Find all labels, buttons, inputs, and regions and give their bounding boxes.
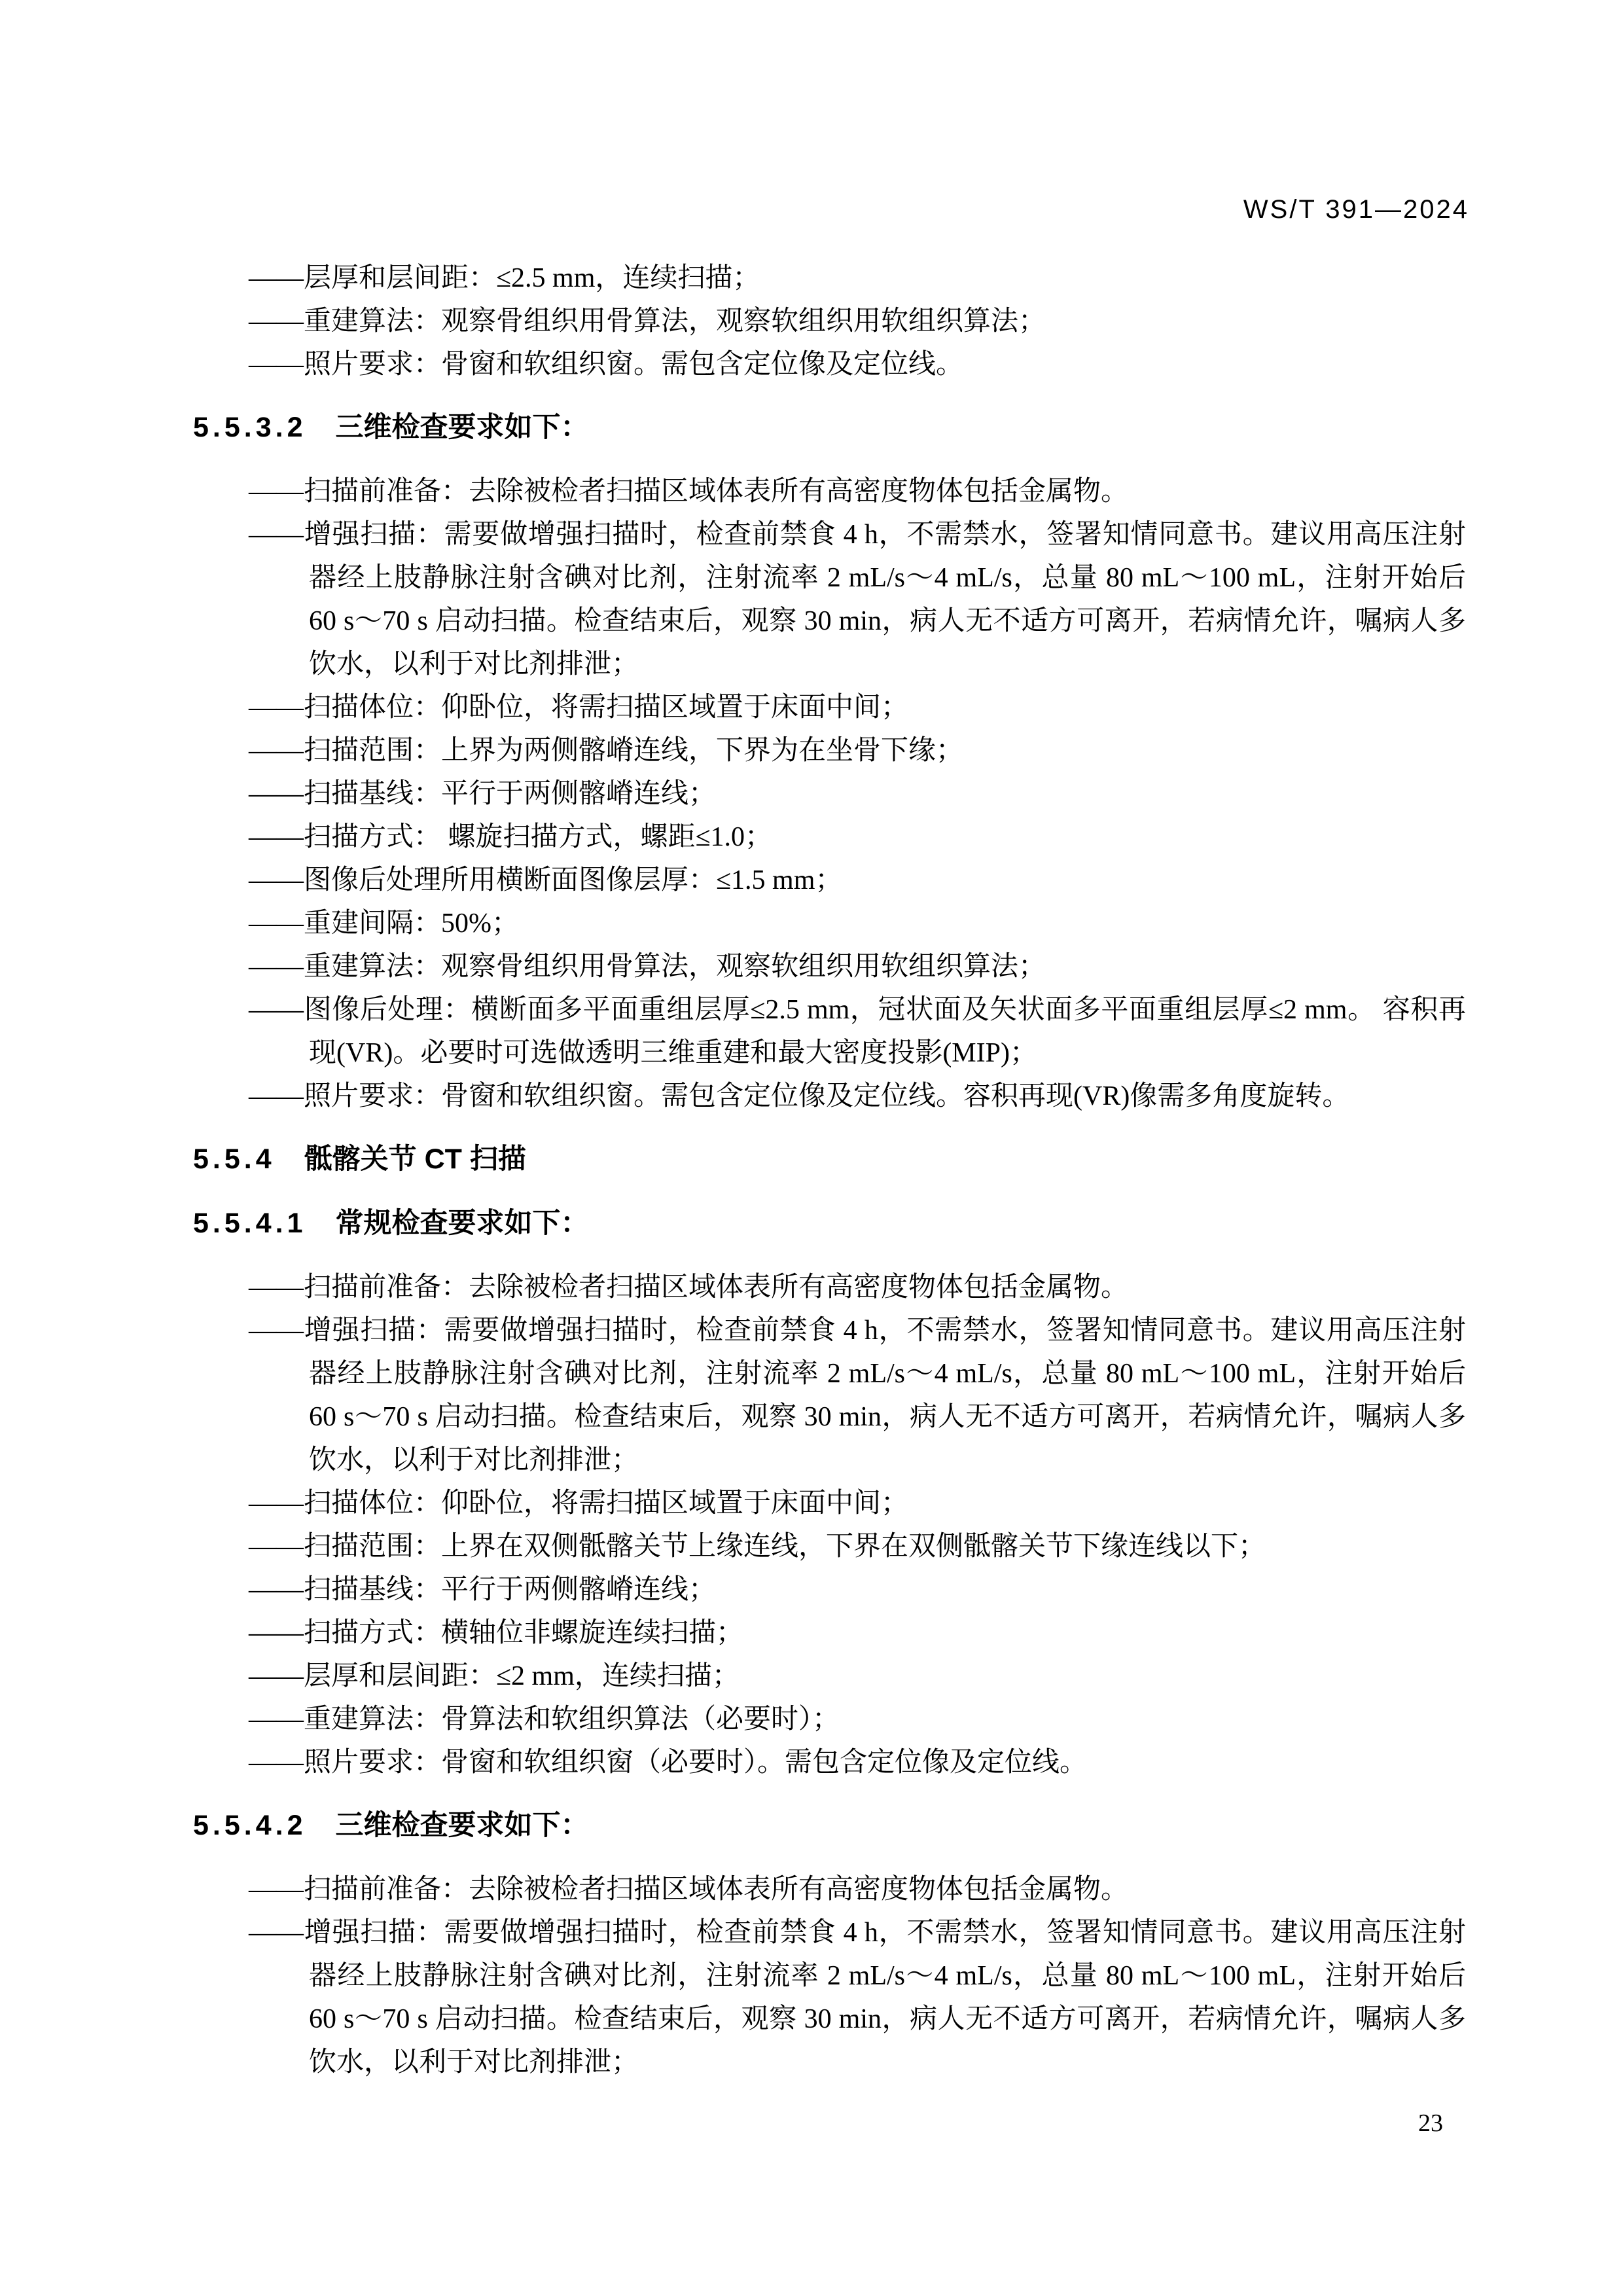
list-item: ——重建算法：观察骨组织用骨算法，观察软组织用软组织算法； [249,945,1466,988]
list-item: ——扫描体位：仰卧位，将需扫描区域置于床面中间； [249,686,1466,729]
bullet-list: ——层厚和层间距：≤2.5 mm，连续扫描； ——重建算法：观察骨组织用骨算法，… [193,257,1466,386]
list-item: ——扫描体位：仰卧位，将需扫描区域置于床面中间； [249,1482,1466,1525]
bullet-text: 扫描前准备：去除被检者扫描区域体表所有高密度物体包括金属物。 [304,476,1128,507]
bullet-text: 扫描方式： 螺旋扫描方式，螺距≤1.0； [304,822,772,852]
list-item: ——扫描基线：平行于两侧髂嵴连线； [249,772,1466,816]
dash-marker: —— [249,263,304,293]
section-heading: 5.5.3.2三维检查要求如下： [193,406,1466,449]
bullet-text: 扫描基线：平行于两侧髂嵴连线； [304,1575,716,1605]
dash-marker: —— [249,1704,304,1734]
list-item: ——扫描范围：上界在双侧骶髂关节上缘连线，下界在双侧骶髂关节下缘连线以下； [249,1525,1466,1568]
dash-marker: —— [249,1488,304,1518]
list-item: ——照片要求：骨窗和软组织窗。需包含定位像及定位线。 [249,343,1466,386]
dash-marker: —— [249,306,304,336]
standard-code-header: WS/T 391—2024 [1243,194,1469,225]
list-item: ——增强扫描：需要做增强扫描时，检查前禁食 4 h，不需禁水，签署知情同意书。建… [249,1911,1466,2084]
section-number: 5.5.4.2 [193,1810,307,1841]
section-title: 三维检查要求如下： [336,1810,589,1841]
dash-marker: —— [249,736,304,766]
dash-marker: —— [249,520,304,550]
list-item: ——扫描方式： 螺旋扫描方式，螺距≤1.0； [249,816,1466,859]
section-number: 5.5.3.2 [193,412,307,443]
dash-marker: —— [249,822,304,852]
list-item: ——层厚和层间距：≤2.5 mm，连续扫描； [249,257,1466,300]
section-title: 三维检查要求如下： [336,412,589,443]
bullet-list: ——扫描前准备：去除被检者扫描区域体表所有高密度物体包括金属物。 ——增强扫描：… [193,470,1466,1118]
section-heading: 5.5.4.1常规检查要求如下： [193,1202,1466,1245]
bullet-text: 照片要求：骨窗和软组织窗（必要时）。需包含定位像及定位线。 [304,1748,1087,1778]
bullet-text: 图像后处理：横断面多平面重组层厚≤2.5 mm，冠状面及矢状面多平面重组层厚≤2… [304,995,1466,1068]
dash-marker: —— [249,350,304,380]
dash-marker: —— [249,1081,304,1111]
bullet-text: 扫描范围：上界为两侧髂嵴连线，下界为在坐骨下缘； [304,736,963,766]
bullet-text: 扫描体位：仰卧位，将需扫描区域置于床面中间； [304,1488,908,1518]
bullet-text: 重建间隔：50%； [304,908,519,939]
dash-marker: —— [249,1272,304,1302]
dash-marker: —— [249,908,304,939]
dash-marker: —— [249,779,304,809]
bullet-text: 照片要求：骨窗和软组织窗。需包含定位像及定位线。容积再现(VR)像需多角度旋转。 [304,1081,1349,1111]
dash-marker: —— [249,1618,304,1648]
list-item: ——扫描前准备：去除被检者扫描区域体表所有高密度物体包括金属物。 [249,470,1466,513]
dash-marker: —— [249,1874,304,1905]
list-item: ——层厚和层间距：≤2 mm，连续扫描； [249,1655,1466,1698]
bullet-text: 重建算法：骨算法和软组织算法（必要时）； [304,1704,840,1734]
list-item: ——重建算法：骨算法和软组织算法（必要时）； [249,1698,1466,1741]
section-heading: 5.5.4骶髂关节 CT 扫描 [193,1138,1466,1181]
dash-marker: —— [249,1661,304,1691]
bullet-text: 增强扫描：需要做增强扫描时，检查前禁食 4 h，不需禁水，签署知情同意书。建议用… [304,1918,1466,2077]
list-item: ——重建算法：观察骨组织用骨算法，观察软组织用软组织算法； [249,300,1466,343]
page-number: 23 [1418,2105,1443,2142]
dash-marker: —— [249,476,304,507]
list-item: ——增强扫描：需要做增强扫描时，检查前禁食 4 h，不需禁水，签署知情同意书。建… [249,513,1466,686]
bullet-text: 增强扫描：需要做增强扫描时，检查前禁食 4 h，不需禁水，签署知情同意书。建议用… [304,520,1466,679]
bullet-text: 扫描前准备：去除被检者扫描区域体表所有高密度物体包括金属物。 [304,1272,1128,1302]
bullet-list: ——扫描前准备：去除被检者扫描区域体表所有高密度物体包括金属物。 ——增强扫描：… [193,1868,1466,2084]
section-number: 5.5.4 [193,1143,276,1175]
bullet-text: 重建算法：观察骨组织用骨算法，观察软组织用软组织算法； [304,306,1046,336]
dash-marker: —— [249,952,304,982]
bullet-text: 扫描前准备：去除被检者扫描区域体表所有高密度物体包括金属物。 [304,1874,1128,1905]
list-item: ——图像后处理所用横断面图像层厚：≤1.5 mm； [249,859,1466,902]
dash-marker: —— [249,1748,304,1778]
bullet-text: 层厚和层间距：≤2 mm，连续扫描； [304,1661,740,1691]
dash-marker: —— [249,692,304,723]
bullet-text: 扫描体位：仰卧位，将需扫描区域置于床面中间； [304,692,908,723]
list-item: ——扫描前准备：去除被检者扫描区域体表所有高密度物体包括金属物。 [249,1266,1466,1309]
bullet-text: 扫描范围：上界在双侧骶髂关节上缘连线，下界在双侧骶髂关节下缘连线以下； [304,1532,1266,1562]
dash-marker: —— [249,865,304,895]
bullet-text: 增强扫描：需要做增强扫描时，检查前禁食 4 h，不需禁水，签署知情同意书。建议用… [304,1316,1466,1475]
bullet-text: 层厚和层间距：≤2.5 mm，连续扫描； [304,263,760,293]
list-item: ——重建间隔：50%； [249,902,1466,945]
dash-marker: —— [249,1532,304,1562]
document-page: WS/T 391—2024 ——层厚和层间距：≤2.5 mm，连续扫描； ——重… [0,0,1623,2296]
list-item: ——扫描范围：上界为两侧髂嵴连线，下界为在坐骨下缘； [249,729,1466,772]
dash-marker: —— [249,995,304,1025]
list-item: ——扫描基线：平行于两侧髂嵴连线； [249,1568,1466,1611]
page-content: ——层厚和层间距：≤2.5 mm，连续扫描； ——重建算法：观察骨组织用骨算法，… [193,257,1466,2084]
dash-marker: —— [249,1316,304,1346]
bullet-text: 扫描方式：横轴位非螺旋连续扫描； [304,1618,743,1648]
list-item: ——扫描前准备：去除被检者扫描区域体表所有高密度物体包括金属物。 [249,1868,1466,1911]
bullet-list: ——扫描前准备：去除被检者扫描区域体表所有高密度物体包括金属物。 ——增强扫描：… [193,1266,1466,1784]
section-number: 5.5.4.1 [193,1208,307,1239]
section-title: 常规检查要求如下： [336,1208,589,1239]
bullet-text: 扫描基线：平行于两侧髂嵴连线； [304,779,716,809]
list-item: ——照片要求：骨窗和软组织窗（必要时）。需包含定位像及定位线。 [249,1741,1466,1784]
bullet-text: 图像后处理所用横断面图像层厚：≤1.5 mm； [304,865,842,895]
dash-marker: —— [249,1575,304,1605]
bullet-text: 照片要求：骨窗和软组织窗。需包含定位像及定位线。 [304,350,963,380]
bullet-text: 重建算法：观察骨组织用骨算法，观察软组织用软组织算法； [304,952,1046,982]
list-item: ——扫描方式：横轴位非螺旋连续扫描； [249,1611,1466,1655]
list-item: ——照片要求：骨窗和软组织窗。需包含定位像及定位线。容积再现(VR)像需多角度旋… [249,1075,1466,1118]
section-heading: 5.5.4.2三维检查要求如下： [193,1804,1466,1847]
list-item: ——增强扫描：需要做增强扫描时，检查前禁食 4 h，不需禁水，签署知情同意书。建… [249,1309,1466,1482]
dash-marker: —— [249,1918,304,1948]
section-title: 骶髂关节 CT 扫描 [304,1143,526,1175]
list-item: ——图像后处理：横断面多平面重组层厚≤2.5 mm，冠状面及矢状面多平面重组层厚… [249,988,1466,1075]
